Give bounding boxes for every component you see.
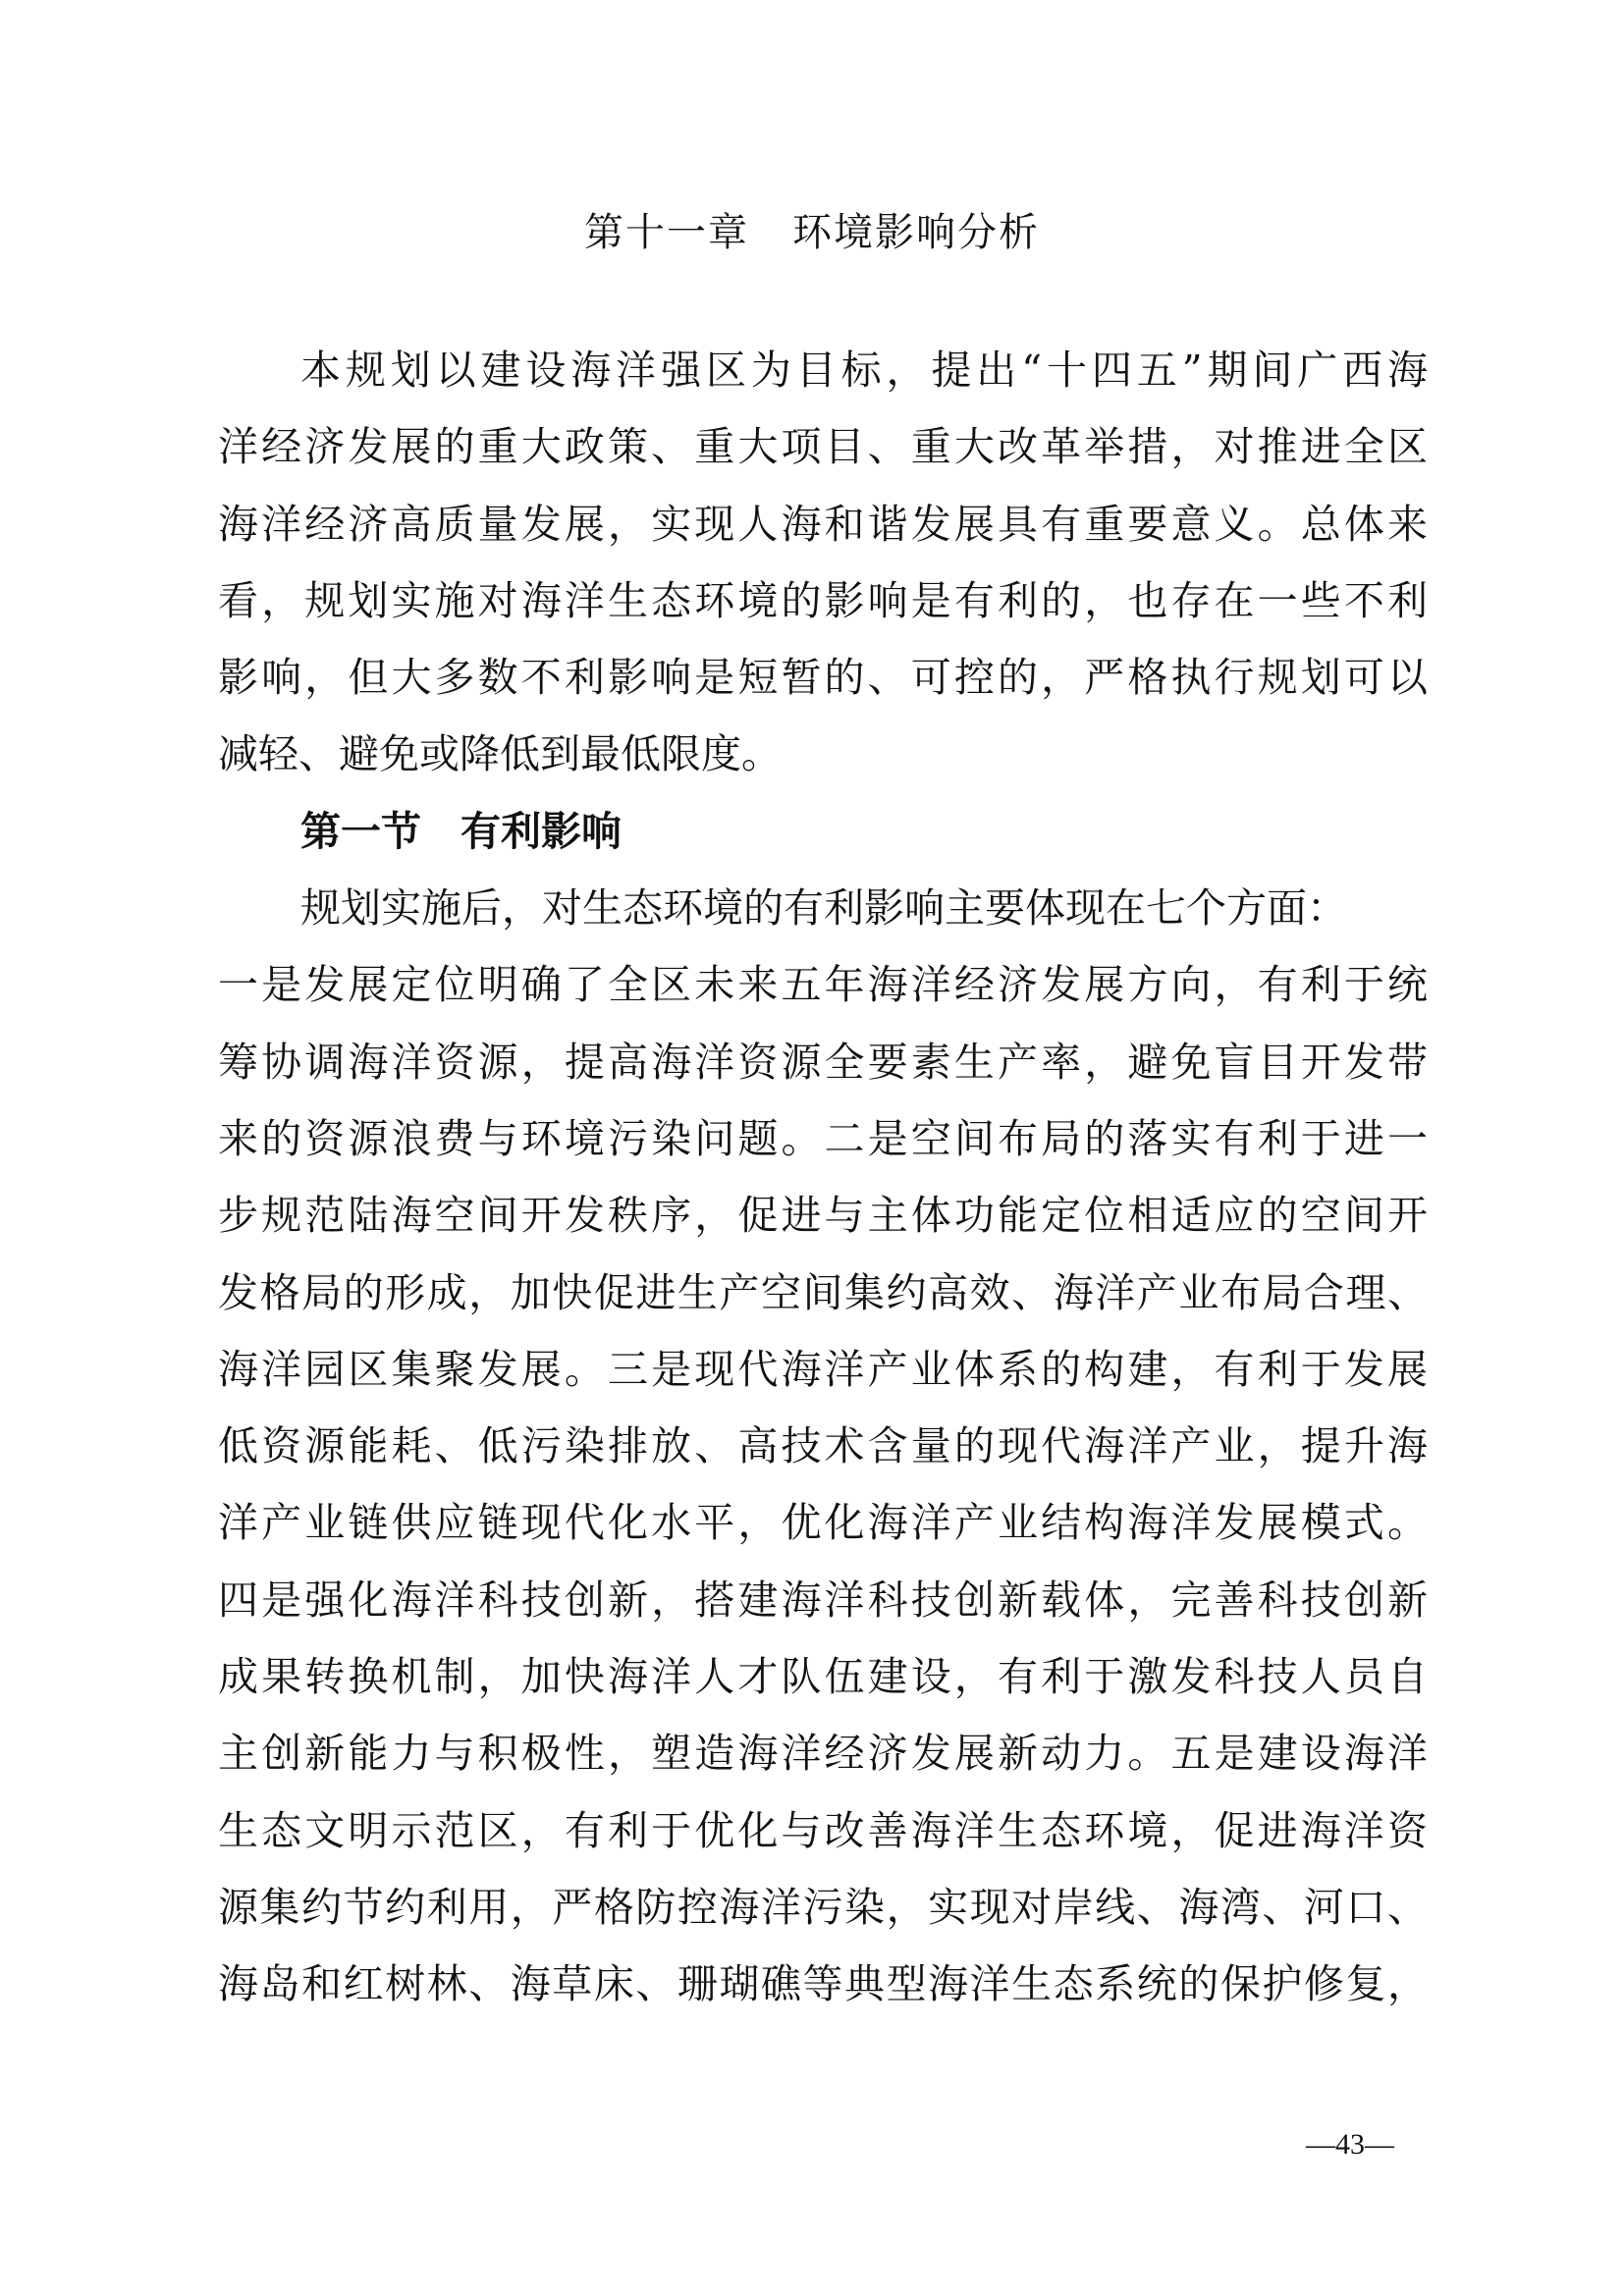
chapter-number: 第十一章	[584, 210, 749, 255]
section-heading: 第一节有利影响	[218, 793, 1428, 870]
intro-line: 影响，但大多数不利影响是短暂的、可控的，严格执行规划可以	[218, 639, 1428, 716]
section-line: 主创新能力与积极性，塑造海洋经济发展新动力。五是建设海洋	[218, 1715, 1428, 1791]
chapter-name: 环境影响分析	[792, 210, 1040, 255]
intro-line: 洋经济发展的重大政策、重大项目、重大改革举措，对推进全区	[218, 408, 1428, 485]
section-line: 海洋园区集聚发展。三是现代海洋产业体系的构建，有利于发展	[218, 1331, 1428, 1408]
intro-line: 海洋经济高质量发展，实现人海和谐发展具有重要意义。总体来	[218, 486, 1428, 562]
body-text: 本规划以建设海洋强区为目标，提出“十四五”期间广西海 洋经济发展的重大政策、重大…	[218, 332, 1428, 2023]
intro-line: 看，规划实施对海洋生态环境的影响是有利的，也存在一些不利	[218, 562, 1428, 639]
intro-line: 本规划以建设海洋强区为目标，提出“十四五”期间广西海	[218, 332, 1428, 408]
section-line: 源集约节约利用，严格防控海洋污染，实现对岸线、海湾、河口、	[218, 1869, 1428, 1946]
section-line: 生态文明示范区，有利于优化与改善海洋生态环境，促进海洋资	[218, 1792, 1428, 1869]
section-line: 步规范陆海空间开发秩序，促进与主体功能定位相适应的空间开	[218, 1177, 1428, 1254]
section-line: 洋产业链供应链现代化水平，优化海洋产业结构海洋发展模式。	[218, 1484, 1428, 1561]
section-line: 四是强化海洋科技创新，搭建海洋科技创新载体，完善科技创新	[218, 1562, 1428, 1638]
section-line: 低资源能耗、低污染排放、高技术含量的现代海洋产业，提升海	[218, 1408, 1428, 1484]
section-title: 有利影响	[460, 808, 622, 855]
section-number: 第一节	[300, 808, 421, 855]
document-page: 第十一章环境影响分析 本规划以建设海洋强区为目标，提出“十四五”期间广西海 洋经…	[0, 0, 1624, 2296]
section-line: 一是发展定位明确了全区未来五年海洋经济发展方向，有利于统	[218, 946, 1428, 1023]
section-line: 来的资源浪费与环境污染问题。二是空间布局的落实有利于进一	[218, 1100, 1428, 1177]
section-line: 规划实施后，对生态环境的有利影响主要体现在七个方面：	[218, 870, 1428, 946]
page-number: —43—	[1306, 2128, 1394, 2162]
section-line: 筹协调海洋资源，提高海洋资源全要素生产率，避免盲目开发带	[218, 1024, 1428, 1100]
intro-line: 减轻、避免或降低到最低限度。	[218, 716, 1428, 792]
section-line: 成果转换机制，加快海洋人才队伍建设，有利于激发科技人员自	[218, 1638, 1428, 1715]
section-line: 海岛和红树林、海草床、珊瑚礁等典型海洋生态系统的保护修复，	[218, 1946, 1428, 2022]
section-line: 发格局的形成，加快促进生产空间集约高效、海洋产业布局合理、	[218, 1255, 1428, 1331]
chapter-title: 第十一章环境影响分析	[0, 201, 1624, 257]
